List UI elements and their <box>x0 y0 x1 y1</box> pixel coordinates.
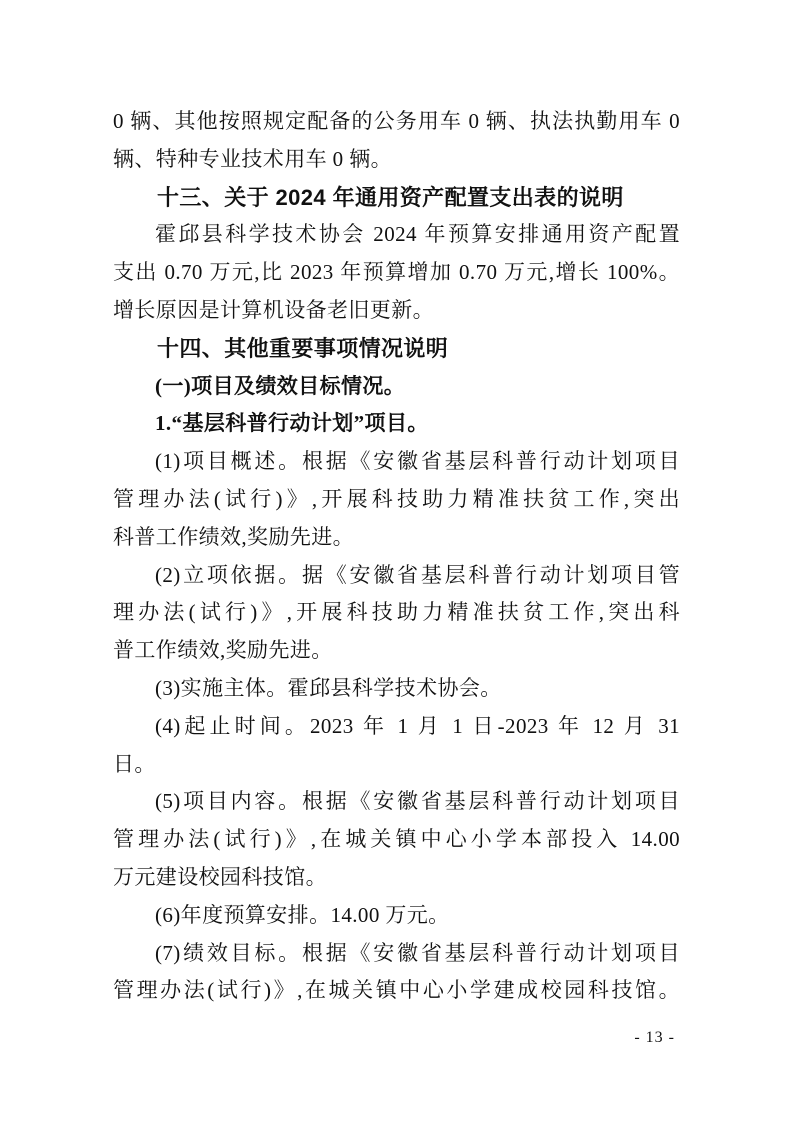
page-number: - 13 - <box>634 1028 675 1048</box>
body-line: 管理办法(试行)》,在城关镇中心小学建成校园科技馆。 <box>113 972 680 1010</box>
heading-section-14: 十四、其他重要事项情况说明 <box>113 330 680 368</box>
body-line: (5)项目内容。根据《安徽省基层科普行动计划项目 <box>113 783 680 821</box>
body-line: (3)实施主体。霍邱县科学技术协会。 <box>113 670 680 708</box>
body-line: 管理办法(试行)》,在城关镇中心小学本部投入 14.00 <box>113 821 680 859</box>
body-line: (1)项目概述。根据《安徽省基层科普行动计划项目 <box>113 443 680 481</box>
heading-subsection-1: (一)项目及绩效目标情况。 <box>113 368 680 406</box>
body-line: 万元建设校园科技馆。 <box>113 859 680 897</box>
body-line: 普工作绩效,奖励先进。 <box>113 632 680 670</box>
document-body: 0 辆、其他按照规定配备的公务用车 0 辆、执法执勤用车 0 辆、特种专业技术用… <box>113 103 680 1010</box>
document-page: 0 辆、其他按照规定配备的公务用车 0 辆、执法执勤用车 0 辆、特种专业技术用… <box>0 0 793 1122</box>
body-line: 管理办法(试行)》,开展科技助力精准扶贫工作,突出 <box>113 481 680 519</box>
body-line: 科普工作绩效,奖励先进。 <box>113 519 680 557</box>
body-line: (2)立项依据。据《安徽省基层科普行动计划项目管 <box>113 557 680 595</box>
body-line: (4)起止时间。2023 年 1 月 1 日-2023 年 12 月 31 <box>113 708 680 746</box>
body-line: 0 辆、其他按照规定配备的公务用车 0 辆、执法执勤用车 0 <box>113 103 680 141</box>
body-line: 霍邱县科学技术协会 2024 年预算安排通用资产配置 <box>113 216 680 254</box>
body-line: 辆、特种专业技术用车 0 辆。 <box>113 141 680 179</box>
body-line: (6)年度预算安排。14.00 万元。 <box>113 897 680 935</box>
body-line: 支出 0.70 万元,比 2023 年预算增加 0.70 万元,增长 100%。 <box>113 254 680 292</box>
body-line: (7)绩效目标。根据《安徽省基层科普行动计划项目 <box>113 935 680 973</box>
heading-section-13: 十三、关于 2024 年通用资产配置支出表的说明 <box>113 179 680 217</box>
body-line: 日。 <box>113 746 680 784</box>
body-line: 增长原因是计算机设备老旧更新。 <box>113 292 680 330</box>
heading-project-1: 1.“基层科普行动计划”项目。 <box>113 405 680 443</box>
body-line: 理办法(试行)》,开展科技助力精准扶贫工作,突出科 <box>113 594 680 632</box>
